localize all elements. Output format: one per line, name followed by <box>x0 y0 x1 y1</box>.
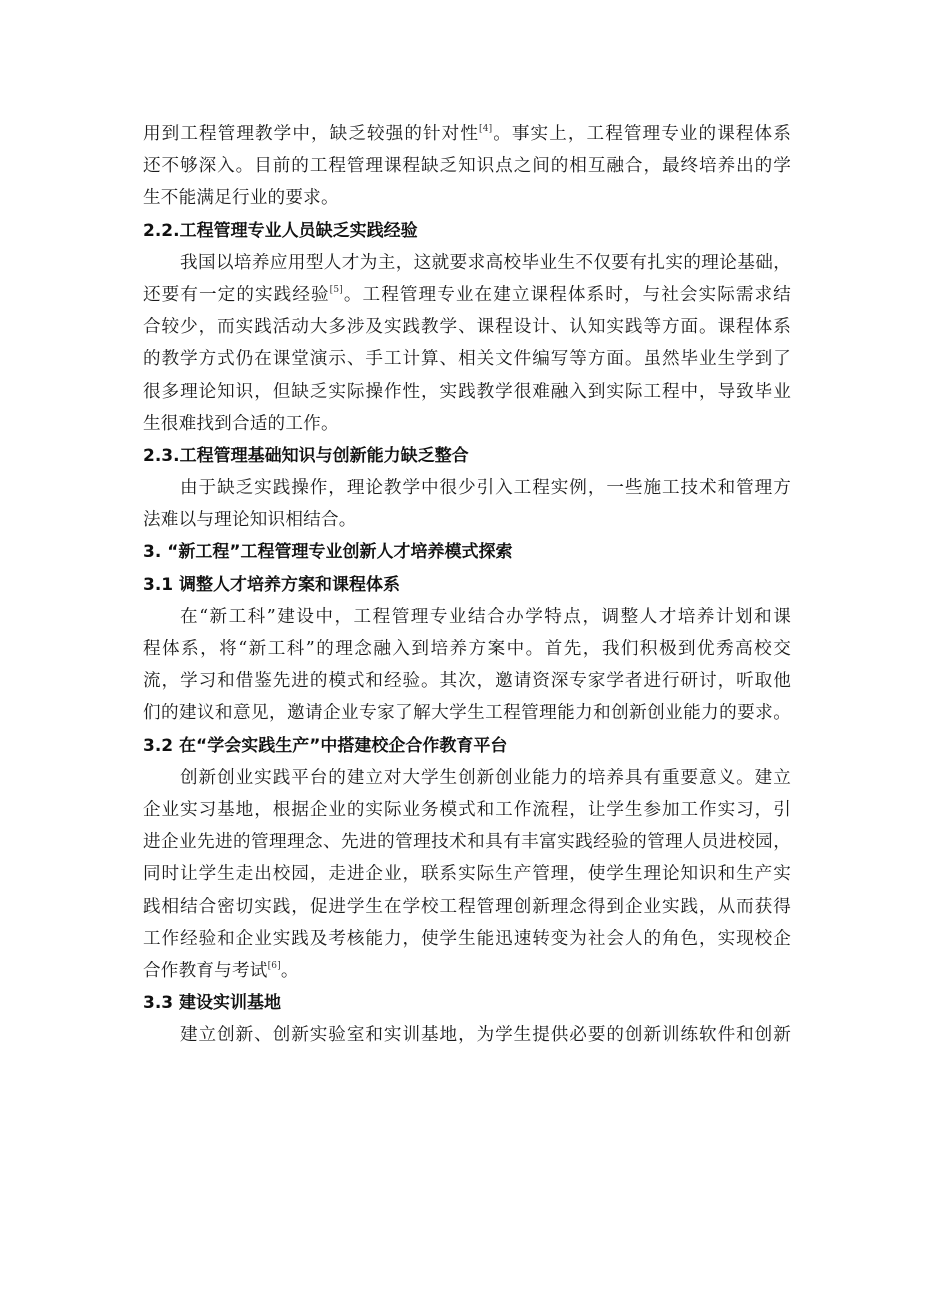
text-line: 生不能满足行业的要求。 <box>143 182 791 214</box>
paragraph-2-3: 由于缺乏实践操作，理论教学中很少引入工程实例，一些施工技术和管理方 法难以与理论… <box>143 472 791 536</box>
text-segment: 用到工程管理教学中，缺乏较强的针对性 <box>143 124 479 144</box>
text-segment: 合作教育与考试 <box>143 961 268 981</box>
section-heading-3-3: 3.3 建设实训基地 <box>143 987 791 1019</box>
text-line: 用到工程管理教学中，缺乏较强的针对性[4]。事实上，工程管理专业的课程体系 <box>143 118 791 150</box>
section-heading-3-2: 3.2 在“学会实践生产”中搭建校企合作教育平台 <box>143 730 791 762</box>
text-line: 法难以与理论知识相结合。 <box>143 504 791 536</box>
citation-6: [6] <box>268 961 281 971</box>
paragraph-2-2: 我国以培养应用型人才为主，这就要求高校毕业生不仅要有扎实的理论基础， 还要有一定… <box>143 247 791 440</box>
paragraph-3-3: 建立创新、创新实验室和实训基地，为学生提供必要的创新训练软件和创新 <box>143 1019 791 1051</box>
text-segment: 。工程管理专业在建立课程体系时，与社会实际需求结 <box>343 285 791 305</box>
text-line: 在“新工科”建设中，工程管理专业结合办学特点，调整人才培养计划和课 <box>143 601 791 633</box>
text-line: 流，学习和借鉴先进的模式和经验。其次，邀请资深专家学者进行研讨，听取他 <box>143 665 791 697</box>
paragraph-3-1: 在“新工科”建设中，工程管理专业结合办学特点，调整人才培养计划和课 程体系，将“… <box>143 601 791 730</box>
text-line: 同时让学生走出校园，走进企业，联系实际生产管理，使学生理论知识和生产实 <box>143 858 791 890</box>
text-line: 还不够深入。目前的工程管理课程缺乏知识点之间的相互融合，最终培养出的学 <box>143 150 791 182</box>
text-line: 进企业先进的管理理念、先进的管理技术和具有丰富实践经验的管理人员进校园， <box>143 826 791 858</box>
section-heading-2-2: 2.2.工程管理专业人员缺乏实践经验 <box>143 215 791 247</box>
section-heading-2-3: 2.3.工程管理基础知识与创新能力缺乏整合 <box>143 440 791 472</box>
text-line: 建立创新、创新实验室和实训基地，为学生提供必要的创新训练软件和创新 <box>143 1019 791 1051</box>
citation-4: [4] <box>479 124 492 134</box>
section-heading-3: 3. “新工程”工程管理专业创新人才培养模式探索 <box>143 536 791 568</box>
text-line: 工作经验和企业实践及考核能力，使学生能迅速转变为社会人的角色，实现校企 <box>143 923 791 955</box>
text-line: 程体系，将“新工科”的理念融入到培养方案中。首先，我们积极到优秀高校交 <box>143 633 791 665</box>
text-line: 创新创业实践平台的建立对大学生创新创业能力的培养具有重要意义。建立 <box>143 762 791 794</box>
text-line: 很多理论知识，但缺乏实际操作性，实践教学很难融入到实际工程中，导致毕业 <box>143 376 791 408</box>
text-line: 生很难找到合适的工作。 <box>143 408 791 440</box>
text-segment: 还要有一定的实践经验 <box>143 285 330 305</box>
section-heading-3-1: 3.1 调整人才培养方案和课程体系 <box>143 569 791 601</box>
text-line: 还要有一定的实践经验[5]。工程管理专业在建立课程体系时，与社会实际需求结 <box>143 279 791 311</box>
text-line: 践相结合密切实践，促进学生在学校工程管理创新理念得到企业实践，从而获得 <box>143 891 791 923</box>
text-line: 由于缺乏实践操作，理论教学中很少引入工程实例，一些施工技术和管理方 <box>143 472 791 504</box>
document-page: 用到工程管理教学中，缺乏较强的针对性[4]。事实上，工程管理专业的课程体系 还不… <box>143 118 791 1051</box>
text-line: 我国以培养应用型人才为主，这就要求高校毕业生不仅要有扎实的理论基础， <box>143 247 791 279</box>
text-segment: 。 <box>281 961 299 981</box>
citation-5: [5] <box>330 285 343 295</box>
text-line: 合较少，而实践活动大多涉及实践教学、课程设计、认知实践等方面。课程体系 <box>143 311 791 343</box>
text-line: 的教学方式仍在课堂演示、手工计算、相关文件编写等方面。虽然毕业生学到了 <box>143 343 791 375</box>
text-line: 合作教育与考试[6]。 <box>143 955 791 987</box>
paragraph-continuation: 用到工程管理教学中，缺乏较强的针对性[4]。事实上，工程管理专业的课程体系 还不… <box>143 118 791 215</box>
text-segment: 。事实上，工程管理专业的课程体系 <box>492 124 791 144</box>
text-line: 们的建议和意见，邀请企业专家了解大学生工程管理能力和创新创业能力的要求。 <box>143 697 791 729</box>
text-line: 企业实习基地，根据企业的实际业务模式和工作流程，让学生参加工作实习，引 <box>143 794 791 826</box>
paragraph-3-2: 创新创业实践平台的建立对大学生创新创业能力的培养具有重要意义。建立 企业实习基地… <box>143 762 791 987</box>
